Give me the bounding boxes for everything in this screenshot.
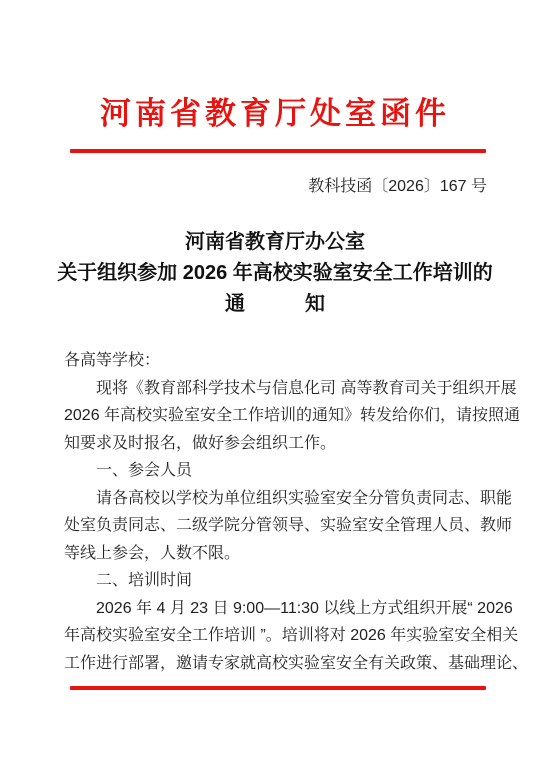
document-page: 河南省教育厅处室函件 教科技函〔2026〕167 号 河南省教育厅办公室 关于组…	[0, 0, 550, 778]
body-line-section-1-heading: 一、参会人员	[64, 457, 530, 485]
red-rule-top	[70, 149, 486, 153]
body-line: 处室负责同志、二级学院分管领导、实验室安全管理人员、教师	[64, 512, 530, 540]
body-line-salutation: 各高等学校：	[64, 347, 530, 375]
body-line: 请各高校以学校为单位组织实验室安全分管负责同志、职能	[64, 485, 530, 513]
notice-title-line-3: 通 知	[0, 289, 550, 320]
notice-title-line-2: 关于组织参加 2026 年高校实验室安全工作培训的	[0, 258, 550, 289]
letterhead-title: 河南省教育厅处室函件	[0, 95, 550, 133]
body-line: 2026 年高校实验室安全工作培训的通知》转发给你们，请按照通	[64, 402, 530, 430]
notice-body: 各高等学校： 现将《教育部科学技术与信息化司 高等教育司关于组织开展 2026 …	[0, 347, 550, 677]
body-line-section-2-heading: 二、培训时间	[64, 567, 530, 595]
body-line: 现将《教育部科学技术与信息化司 高等教育司关于组织开展	[64, 375, 530, 403]
red-rule-bottom	[70, 686, 486, 690]
notice-title: 河南省教育厅办公室 关于组织参加 2026 年高校实验室安全工作培训的 通 知	[0, 227, 550, 320]
doc-number: 教科技函〔2026〕167 号	[0, 176, 550, 198]
body-line: 知要求及时报名，做好参会组织工作。	[64, 430, 530, 458]
body-line: 工作进行部署，邀请专家就高校实验室安全有关政策、基础理论、	[64, 650, 530, 678]
body-line: 2026 年 4 月 23 日 9:00—11:30 以线上方式组织开展“ 20…	[64, 595, 530, 623]
body-line: 等线上参会，人数不限。	[64, 540, 530, 568]
body-line: 年高校实验室安全工作培训 ”。培训将对 2026 年实验室安全相关	[64, 622, 530, 650]
notice-title-line-1: 河南省教育厅办公室	[0, 227, 550, 258]
